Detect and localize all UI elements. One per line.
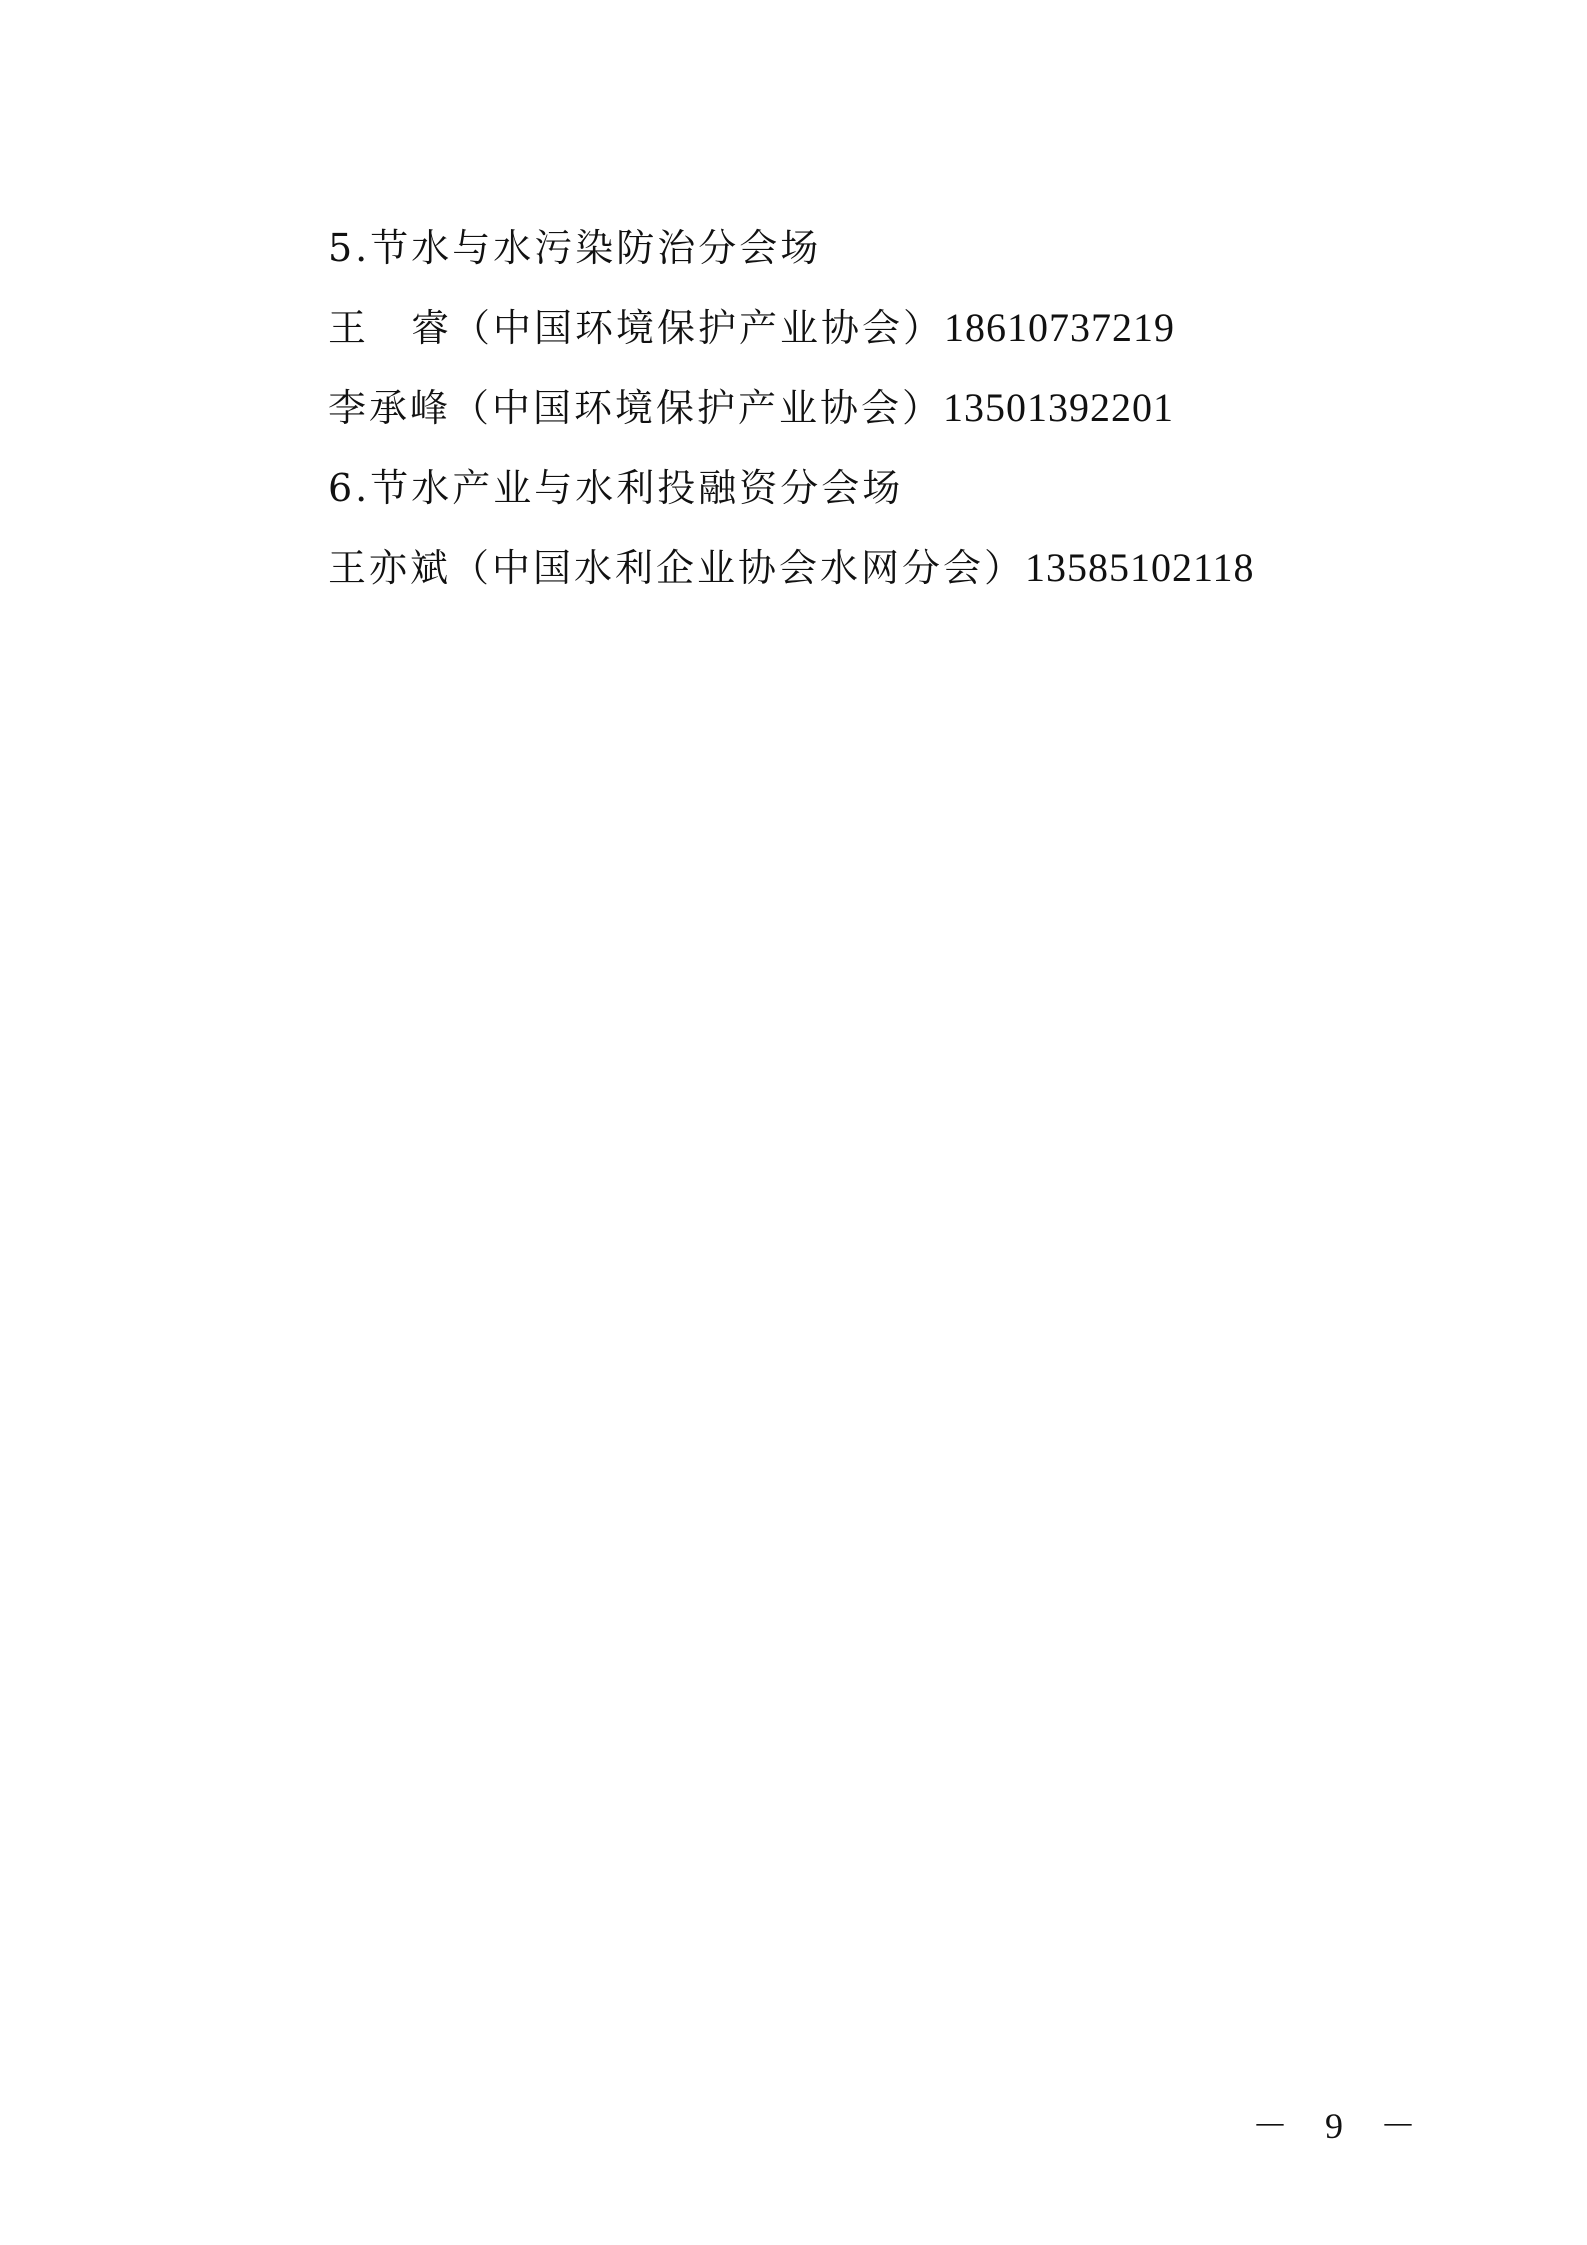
contact-line: 王亦斌（中国水利企业协会水网分会）13585102118	[328, 528, 1328, 608]
contact-phone: 13501392201	[943, 385, 1174, 430]
contact-name: 李承峰	[328, 386, 451, 430]
contact-name: 睿	[411, 306, 452, 350]
document-body: 5.节水与水污染防治分会场 王睿（中国环境保护产业协会）18610737219 …	[328, 208, 1328, 608]
contact-phone: 18610737219	[944, 305, 1175, 350]
section-heading: 5.节水与水污染防治分会场	[328, 208, 1328, 288]
contact-organization: （中国环境保护产业协会）	[451, 386, 943, 430]
contact-line: 李承峰（中国环境保护产业协会）13501392201	[328, 368, 1328, 448]
page-number: － 9 －	[1252, 2098, 1430, 2149]
section-heading: 6.节水产业与水利投融资分会场	[328, 448, 1328, 528]
contact-line: 王睿（中国环境保护产业协会）18610737219	[328, 288, 1328, 368]
contact-name: 王	[328, 306, 369, 350]
contact-name: 王亦斌	[328, 546, 451, 590]
contact-phone: 13585102118	[1025, 545, 1255, 590]
contact-organization: （中国环境保护产业协会）	[452, 306, 944, 350]
contact-organization: （中国水利企业协会水网分会）	[451, 546, 1025, 590]
